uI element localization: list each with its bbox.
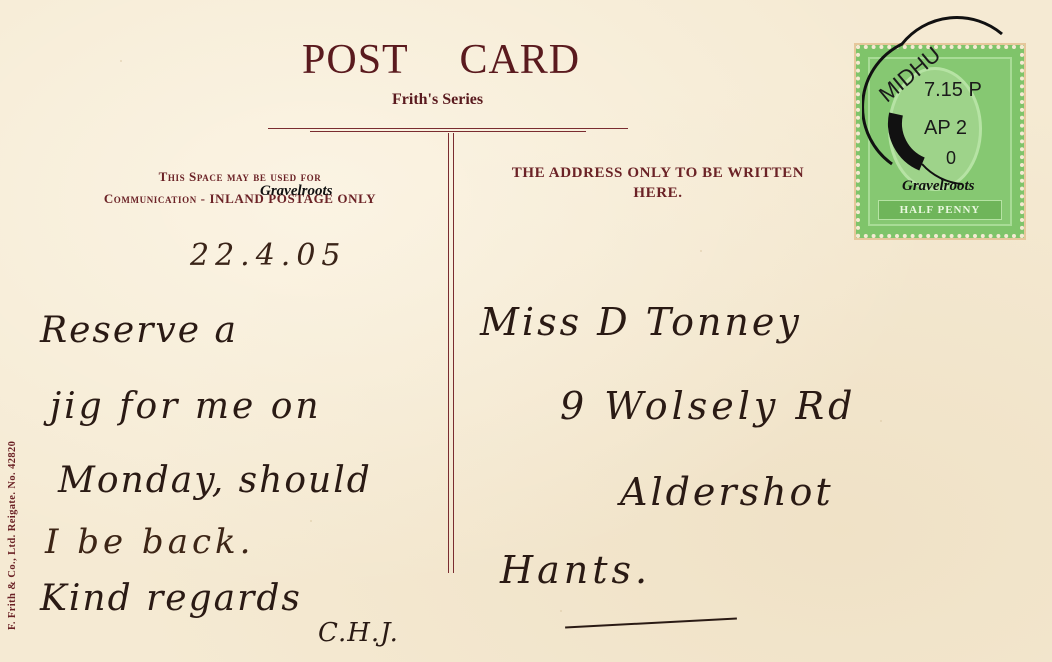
address-line: Aldershot (620, 470, 834, 514)
header-rule (268, 128, 628, 129)
watermark: Gravelroots (260, 183, 333, 200)
paper-speck (700, 250, 702, 252)
paper-speck (120, 60, 122, 62)
message-line: jig for me on (50, 386, 322, 427)
message-line: Monday, should (58, 460, 372, 501)
postcard-back: POST CARD Frith's Series This Space may … (0, 0, 1052, 662)
paper-speck (310, 520, 312, 522)
king-portrait-icon (888, 67, 982, 191)
message-date: 22.4.05 (190, 238, 347, 273)
address-line: 9 Wolsely Rd (560, 384, 856, 428)
address-underline (565, 618, 737, 629)
paper-speck (560, 610, 562, 612)
address-line: Miss D Tonney (480, 300, 802, 344)
center-divider (448, 133, 454, 573)
address-line: Hants. (500, 548, 651, 592)
message-heading-line1: This Space may be used for (40, 166, 440, 188)
message-line: Kind regards (40, 578, 302, 619)
address-heading-line2: HERE. (468, 183, 848, 203)
message-line: I be back. (45, 522, 254, 562)
message-line: Reserve a (40, 310, 238, 351)
page-title: POST CARD (302, 36, 580, 84)
address-heading-line1: THE ADDRESS ONLY TO BE WRITTEN (468, 163, 848, 183)
paper-speck (880, 420, 882, 422)
postage-stamp: HALF PENNY (856, 45, 1024, 238)
watermark: Gravelroots (902, 178, 975, 195)
series-subtitle: Frith's Series (392, 91, 483, 109)
address-section-heading: THE ADDRESS ONLY TO BE WRITTEN HERE. (468, 163, 848, 203)
message-signature: C.H.J. (318, 618, 399, 648)
message-heading-line2: Communication - INLAND POSTAGE ONLY (40, 188, 440, 210)
header-rule-inner (310, 131, 586, 132)
publisher-imprint: F. Frith & Co., Ltd. Reigate. No. 42820 (7, 441, 18, 630)
stamp-denomination: HALF PENNY (878, 200, 1002, 220)
message-section-heading: This Space may be used for Communication… (40, 166, 440, 210)
